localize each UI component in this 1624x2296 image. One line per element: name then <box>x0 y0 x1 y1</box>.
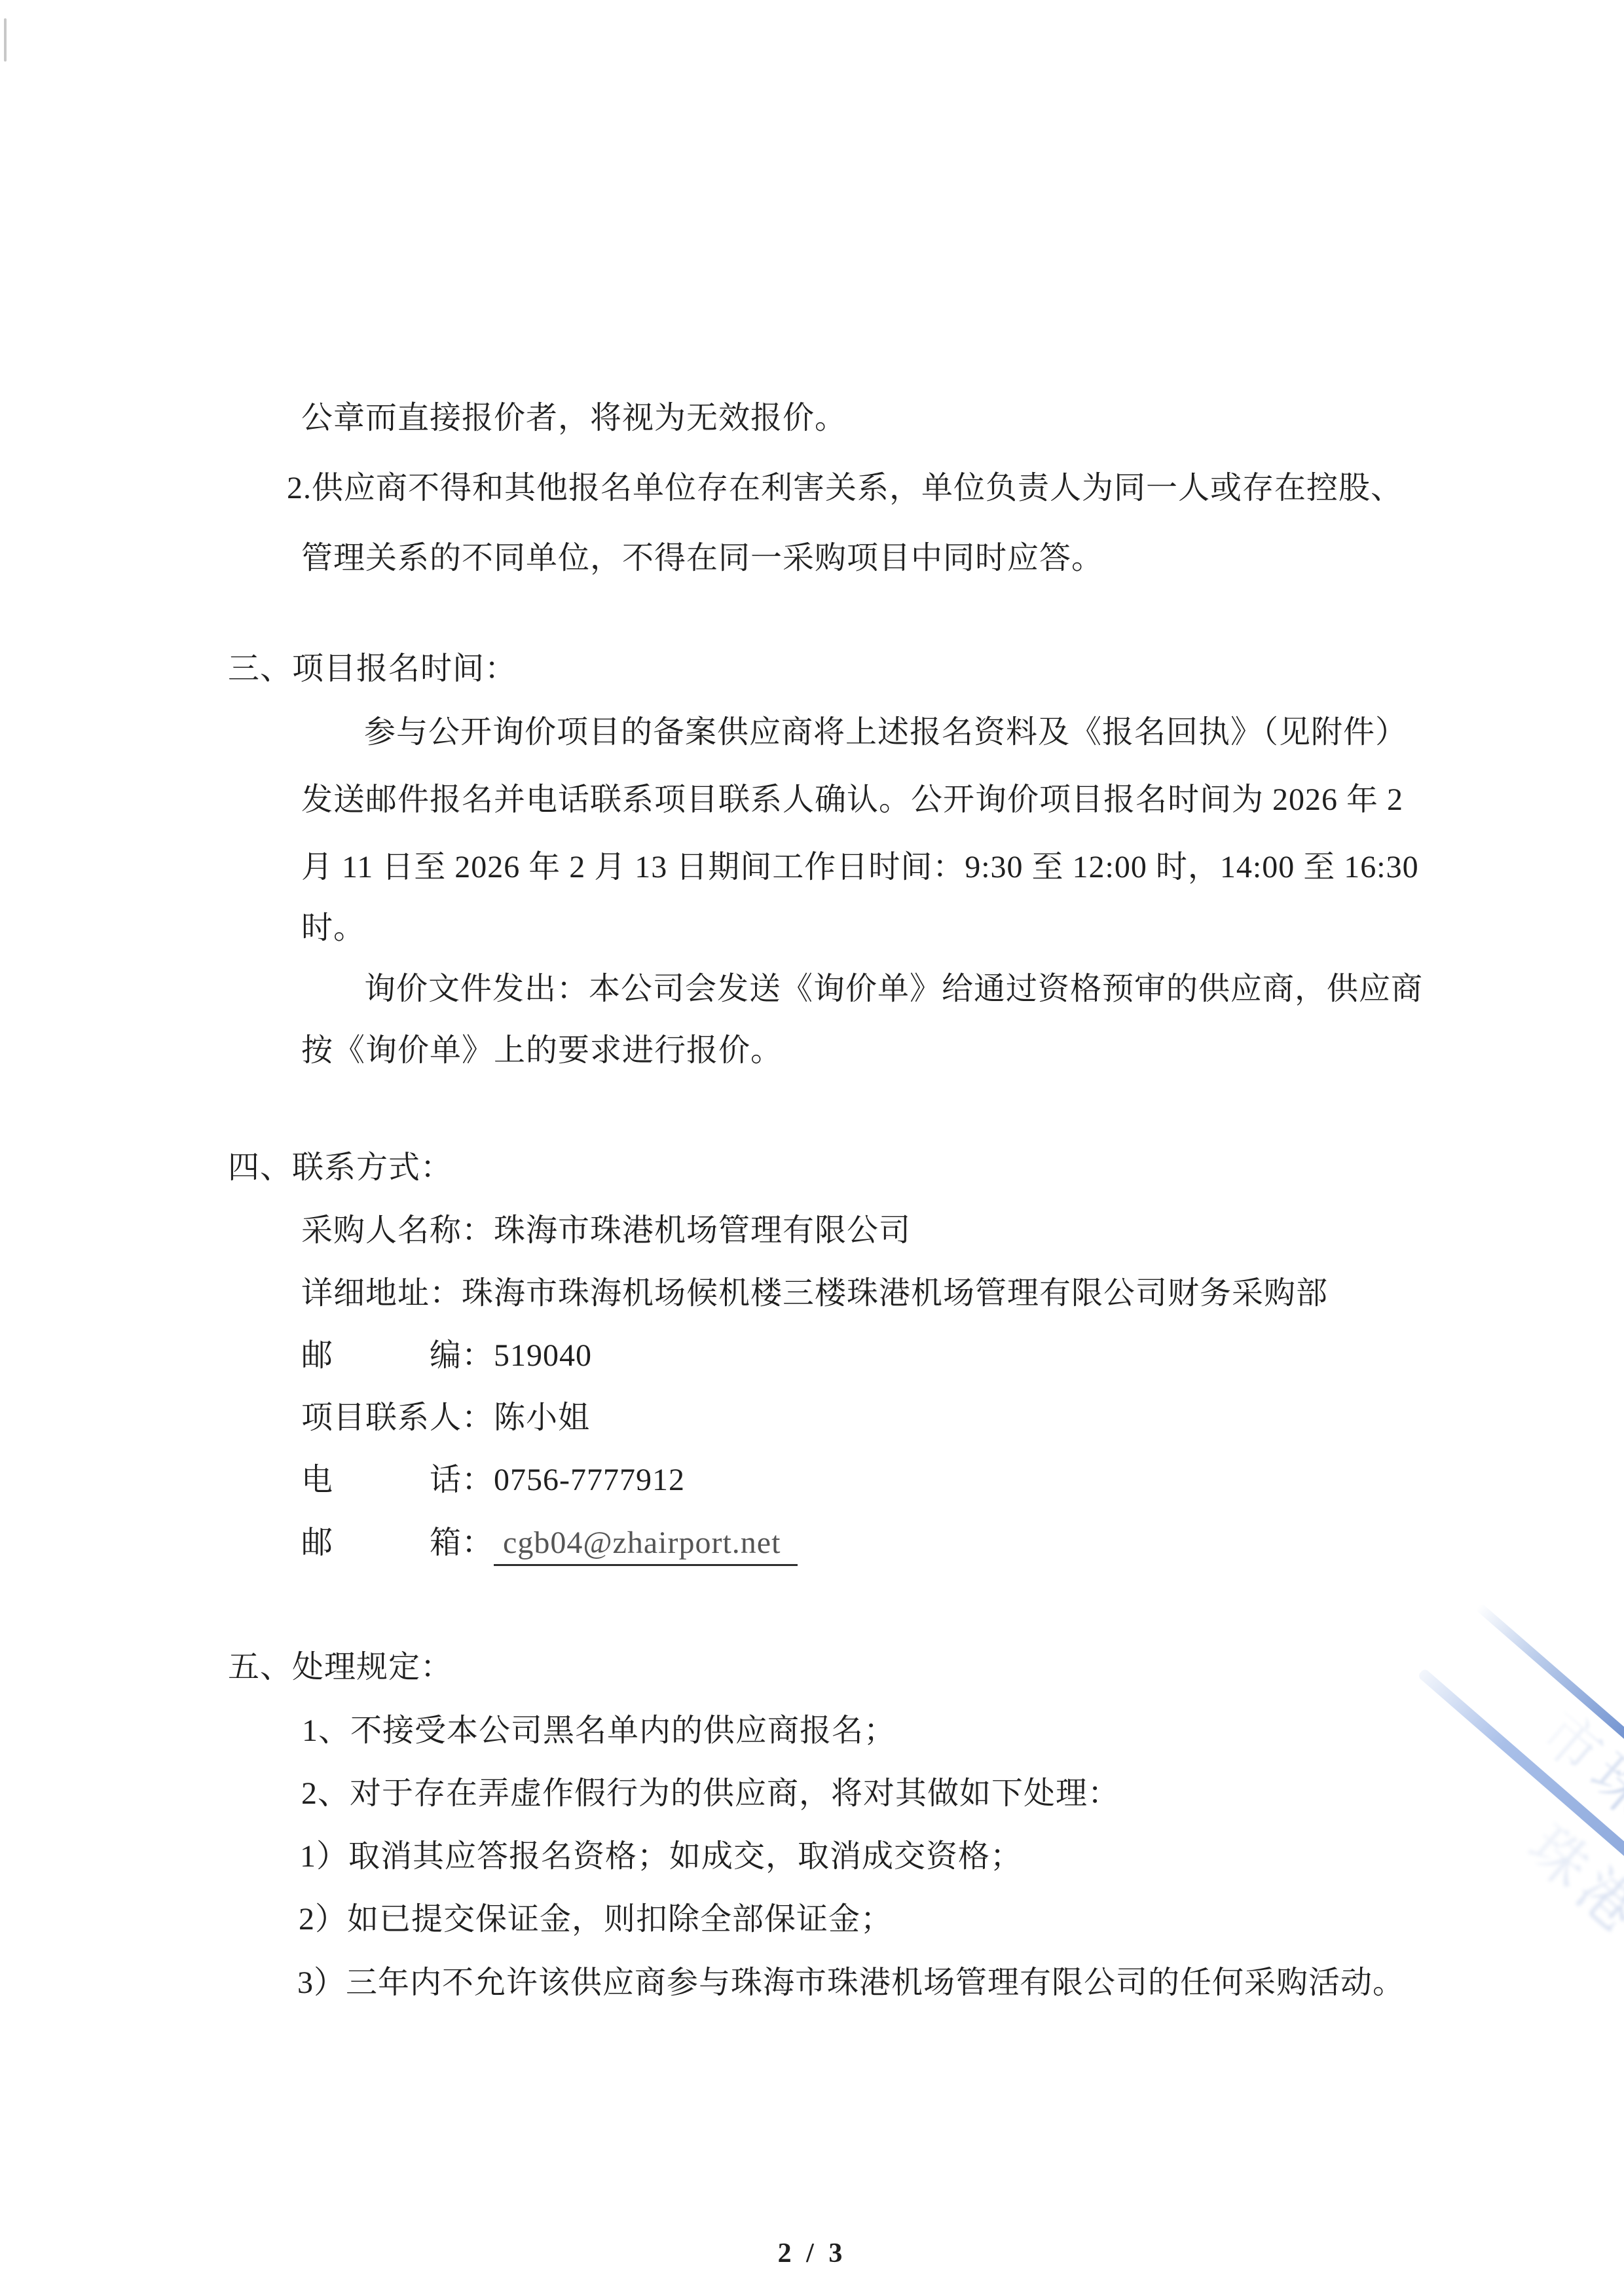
body-line: 询价文件发出：本公司会发送《询价单》给通过资格预审的供应商，供应商 <box>364 970 1423 1008</box>
section-number: 四、 <box>228 1149 292 1187</box>
contact-row-contact-person: 项目联系人：陈小姐 <box>301 1399 590 1437</box>
section-heading: 三、项目报名时间： <box>228 650 517 688</box>
contact-label: 项目联系人： <box>301 1399 494 1437</box>
contact-label: 邮 箱： <box>301 1524 494 1562</box>
contact-value: 0756-7777912 <box>494 1463 685 1497</box>
list-item: 1、不接受本公司黑名单内的供应商报名； <box>302 1712 896 1750</box>
stamp-text-row1: 珠海市珠港机场管理有限公司 <box>1424 1610 1624 2029</box>
contact-value: 519040 <box>494 1338 592 1373</box>
body-line: 参与公开询价项目的备案供应商将上述报名资料及《报名回执》（见附件） <box>364 714 1407 752</box>
body-line: 月 11 日至 2026 年 2 月 13 日期间工作日时间：9:30 至 12… <box>301 848 1419 886</box>
contact-label: 邮 编： <box>301 1337 494 1375</box>
contact-label: 详细地址： <box>301 1275 462 1313</box>
section-heading: 四、联系方式： <box>228 1149 452 1187</box>
contact-row-purchaser: 采购人名称：珠海市珠港机场管理有限公司 <box>301 1212 911 1250</box>
contact-label: 采购人名称： <box>301 1212 494 1250</box>
email-value: cgb04@zhairport.net <box>494 1525 798 1566</box>
contact-row-phone: 电 话：0756-7777912 <box>301 1461 685 1499</box>
body-line: 管理关系的不同单位，不得在同一采购项目中同时应答。 <box>301 539 1103 577</box>
list-item: 2）如已提交保证金，则扣除全部保证金； <box>299 1901 893 1939</box>
body-line: 时。 <box>301 909 365 947</box>
contact-label: 电 话： <box>301 1461 494 1499</box>
section-heading: 五、处理规定： <box>228 1649 452 1686</box>
contact-row-address: 详细地址：珠海市珠海机场候机楼三楼珠港机场管理有限公司财务采购部 <box>301 1275 1328 1313</box>
stamp-border-bottom <box>1417 1668 1624 2037</box>
list-item: 1）取消其应答报名资格；如成交，取消成交资格； <box>300 1838 1022 1876</box>
document-page: 公章而直接报价者，将视为无效报价。 2.供应商不得和其他报名单位存在利害关系，单… <box>0 0 1624 2296</box>
body-line: 2.供应商不得和其他报名单位存在利害关系，单位负责人为同一人或存在控股、 <box>287 469 1403 507</box>
section-title: 项目报名时间： <box>292 651 517 686</box>
section-number: 三、 <box>228 650 292 688</box>
contact-value: 珠海市珠港机场管理有限公司 <box>494 1213 911 1248</box>
contact-value: 珠海市珠海机场候机楼三楼珠港机场管理有限公司财务采购部 <box>462 1276 1328 1311</box>
section-number: 五、 <box>228 1649 292 1686</box>
section-title: 处理规定： <box>292 1650 452 1685</box>
section-title: 联系方式： <box>292 1150 452 1185</box>
stamp-border-top <box>1475 1603 1624 1971</box>
list-item: 2、对于存在弄虚作假行为的供应商，将对其做如下处理： <box>301 1775 1120 1813</box>
body-line: 发送邮件报名并电话联系项目联系人确认。公开询价项目报名时间为 2026 年 2 <box>301 781 1403 819</box>
scan-edge-artifact <box>4 18 7 62</box>
company-stamp: 珠海市珠港机场管理有限公司 珠港机场管理 <box>1362 1603 1624 2100</box>
contact-value: 陈小姐 <box>494 1400 590 1435</box>
page-number: 2 / 3 <box>0 2238 1624 2269</box>
body-line: 按《询价单》上的要求进行报价。 <box>301 1032 783 1070</box>
contact-row-email: 邮 箱：cgb04@zhairport.net <box>301 1524 798 1562</box>
contact-row-zipcode: 邮 编：519040 <box>301 1337 592 1375</box>
stamp-text-row2: 珠港机场管理 <box>1362 1681 1624 2100</box>
list-item: 3）三年内不允许该供应商参与珠海市珠港机场管理有限公司的任何采购活动。 <box>297 1964 1405 2002</box>
body-line: 公章而直接报价者，将视为无效报价。 <box>301 399 847 437</box>
